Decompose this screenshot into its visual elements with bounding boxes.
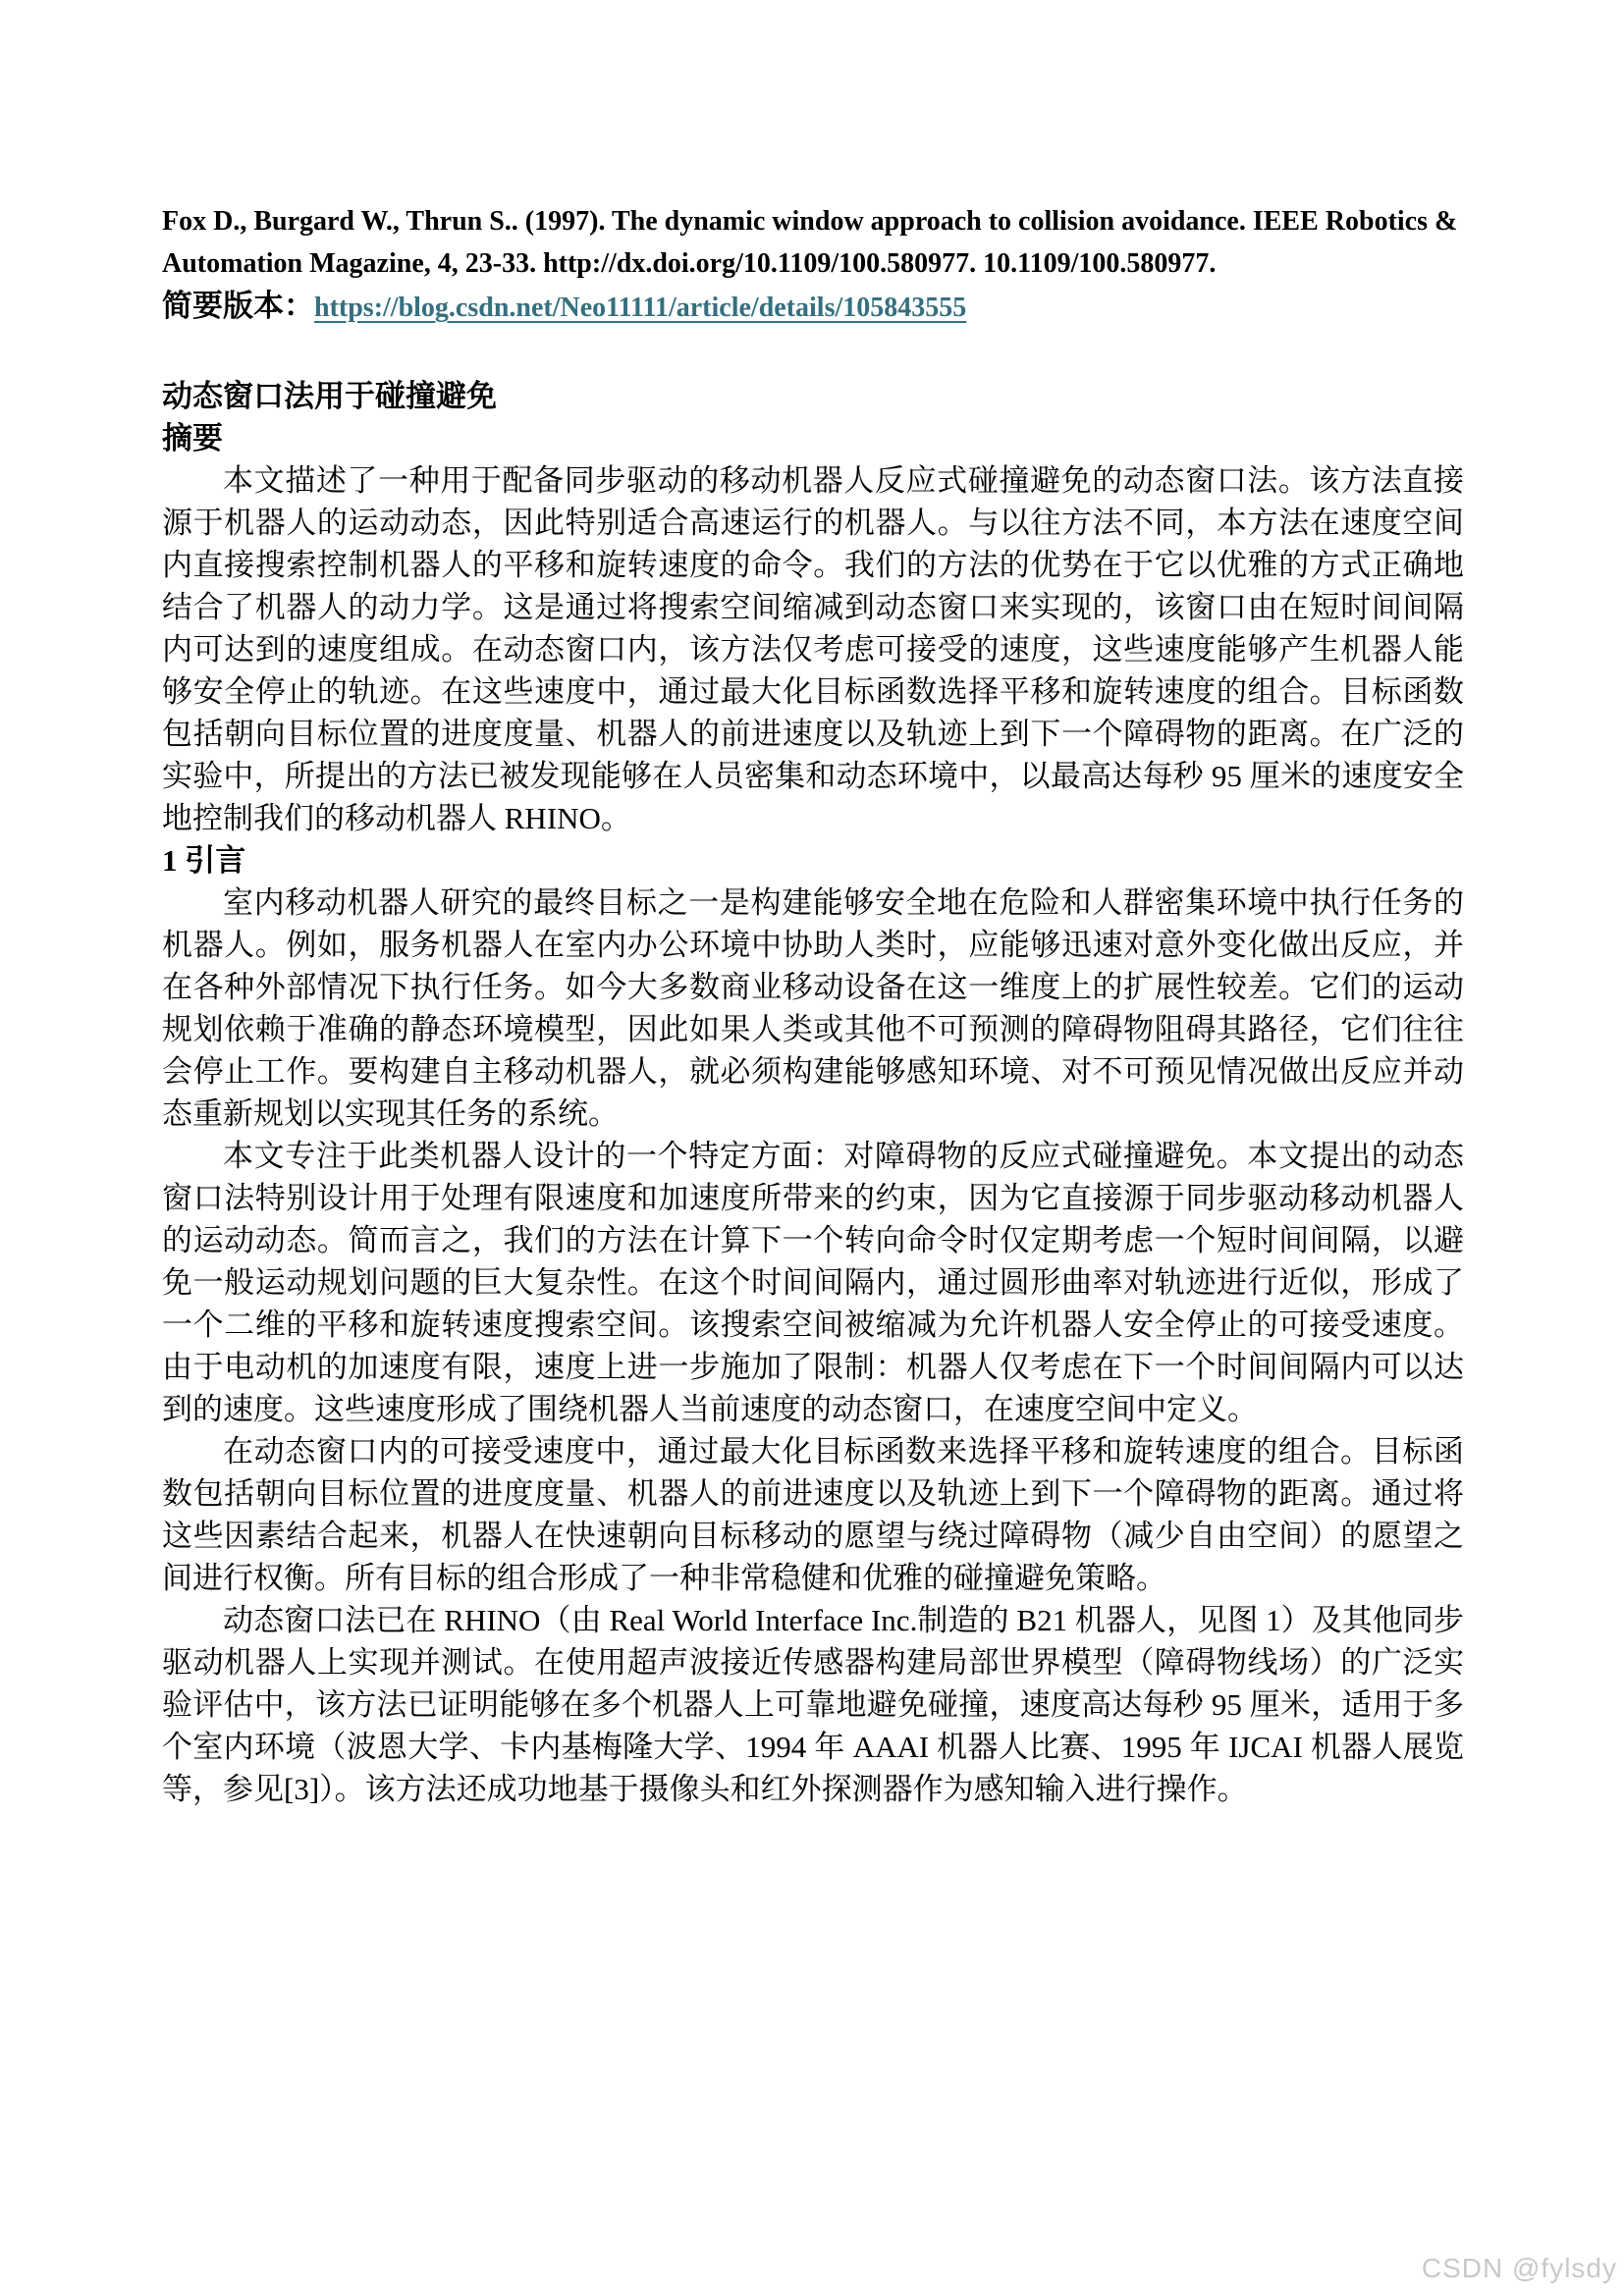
objective-function-paragraph: 在动态窗口内的可接受速度中，通过最大化目标函数来选择平移和旋转速度的组合。目标函…	[162, 1430, 1464, 1599]
abstract-paragraph: 本文描述了一种用于配备同步驱动的移动机器人反应式碰撞避免的动态窗口法。该方法直接…	[162, 459, 1464, 839]
brief-version-label: 简要版本：	[162, 289, 314, 323]
citation-text: Fox D., Burgard W., Thrun S.. (1997). Th…	[162, 200, 1464, 285]
intro-paragraph: 室内移动机器人研究的最终目标之一是构建能够安全地在危险和人群密集环境中执行任务的…	[162, 881, 1464, 1135]
abstract-heading: 摘要	[162, 417, 1464, 459]
brief-version-line: 简要版本：https://blog.csdn.net/Neo11111/arti…	[162, 285, 1464, 333]
section-1-heading: 1 引言	[162, 839, 1464, 881]
document-page: Fox D., Burgard W., Thrun S.. (1997). Th…	[162, 200, 1464, 1810]
page-title: 动态窗口法用于碰撞避免	[162, 375, 1464, 417]
experiments-paragraph: 动态窗口法已在 RHINO（由 Real World Interface Inc…	[162, 1599, 1464, 1810]
blank-line	[162, 333, 1464, 375]
approach-paragraph: 本文专注于此类机器人设计的一个特定方面：对障碍物的反应式碰撞避免。本文提出的动态…	[162, 1135, 1464, 1430]
brief-version-link[interactable]: https://blog.csdn.net/Neo11111/article/d…	[314, 293, 966, 323]
csdn-watermark: CSDN @fylsdy	[1422, 2253, 1617, 2284]
